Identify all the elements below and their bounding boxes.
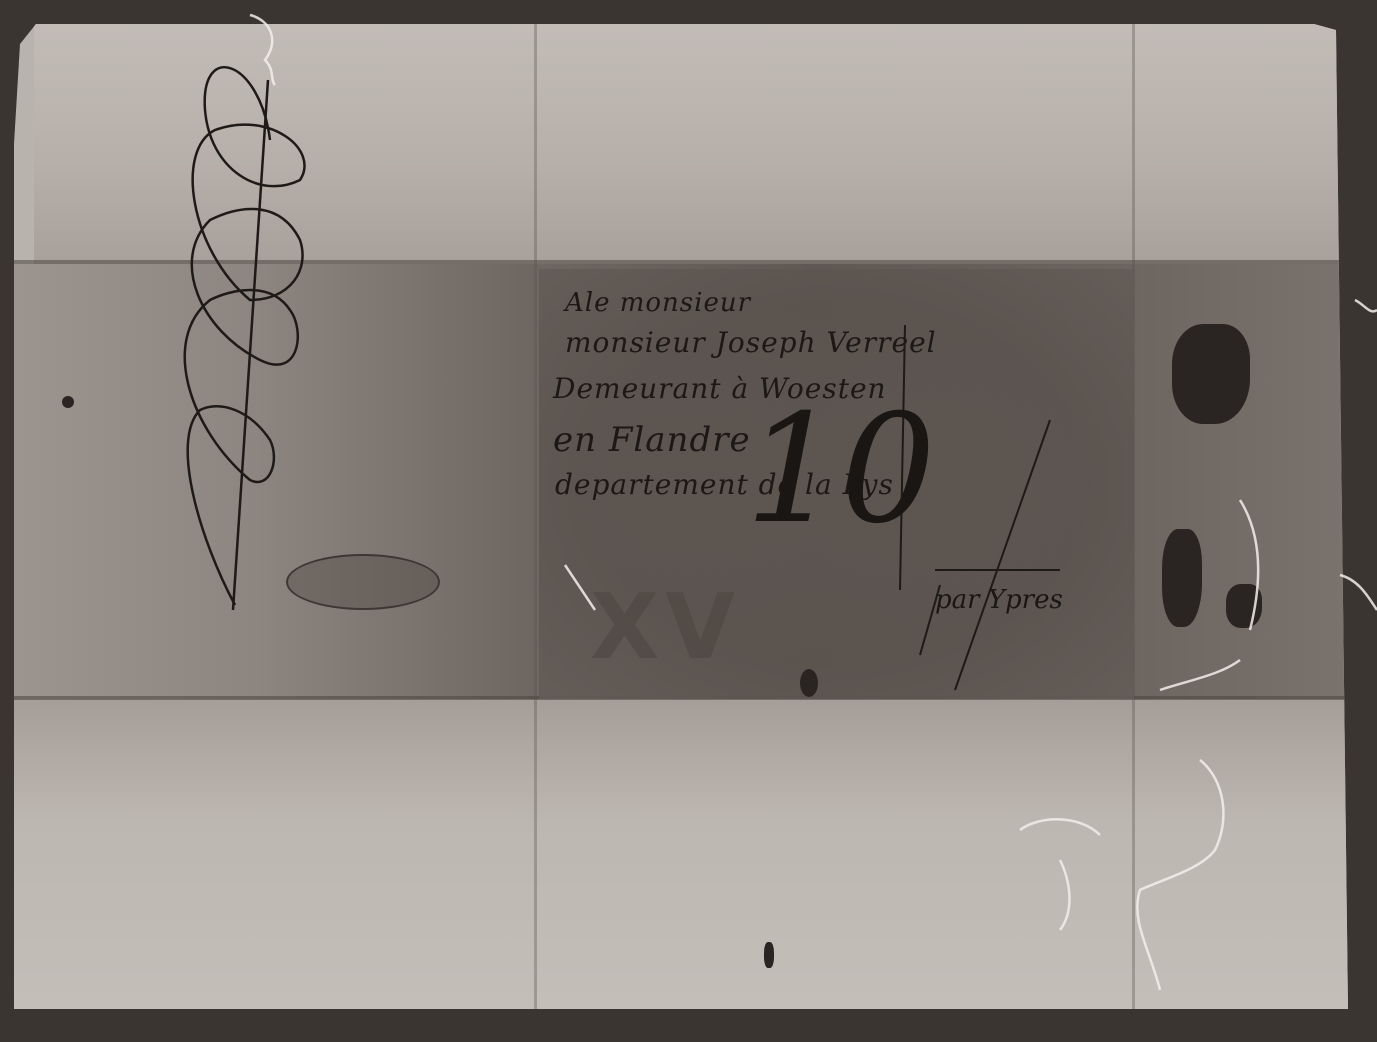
routing-note: par Ypres: [935, 585, 1063, 615]
photo-frame: Ale monsieur monsieur Joseph Verreel Dem…: [0, 0, 1377, 1042]
paraph-flourish-icon: [185, 67, 305, 610]
address-line-2: monsieur Joseph Verreel: [565, 326, 937, 359]
handwriting-strokes: [0, 0, 1377, 1042]
address-line-4: en Flandre: [553, 420, 751, 460]
address-line-1: Ale monsieur: [565, 288, 751, 318]
postal-mark: XV: [590, 575, 741, 680]
postage-rate-mark: 10: [745, 395, 936, 545]
